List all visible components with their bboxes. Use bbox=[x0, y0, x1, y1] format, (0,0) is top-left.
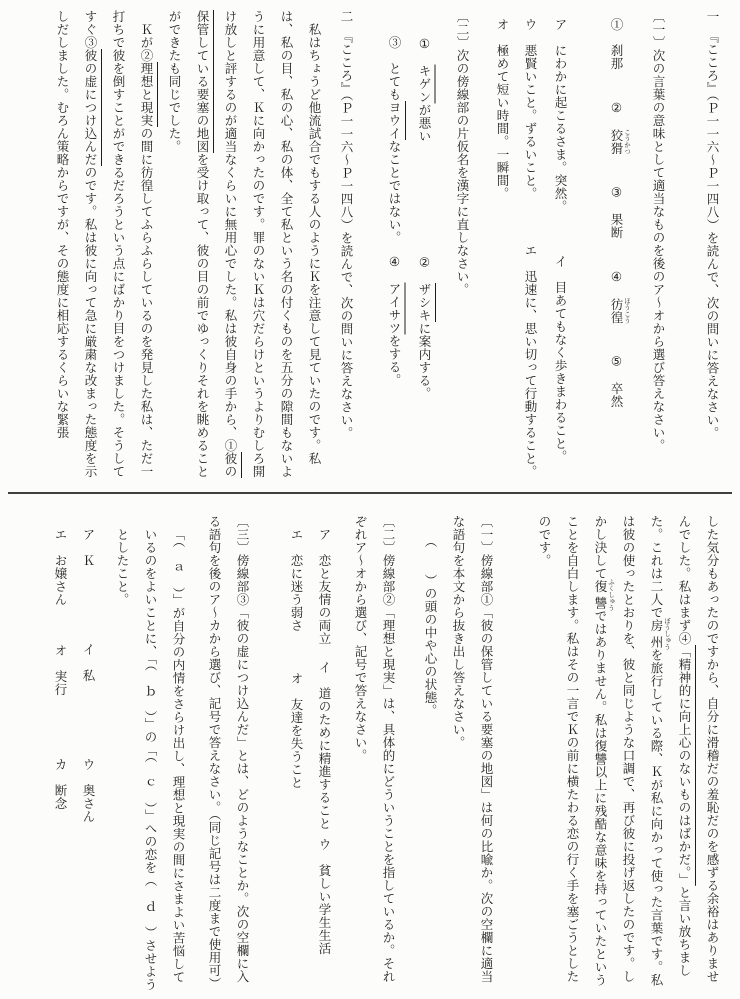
text-segment: 〔三〕傍線部③「彼の虚につけ込んだ」とは、どのようなことか。次の空欄に入る語句を… bbox=[207, 515, 249, 990]
ruby-text: 彷徨ほうこう bbox=[609, 298, 623, 324]
text-segment: 〔二〕次の傍線部の片仮名を漢字に直しなさい。 bbox=[455, 10, 469, 296]
underlined-text: 彼の虚につけ込んだ bbox=[83, 49, 97, 166]
text-segment: エ 恋に迷う弱さ bbox=[289, 528, 303, 632]
text-segment: ④ bbox=[387, 254, 401, 283]
underlined-text: 「精神的に向上心のないものはばかだ。」 bbox=[677, 645, 691, 886]
ruby-annotation: ほうこう bbox=[623, 298, 630, 324]
q1-word-list: ① 刹那② 狡猾こうかつ③ 果断④ 彷徨ほうこう⑤ 卒然 bbox=[602, 10, 630, 480]
text-segment: ③ 果断 bbox=[609, 185, 623, 240]
q3-prompt: 〔一〕傍線部①「彼の保管している要塞の地図」は何の比喩か。次の空欄に適当な語句を… bbox=[444, 515, 500, 993]
underlined-text: 理想と現実 bbox=[139, 62, 153, 127]
passage-paragraph-1: 私はちょうど他流試合でもする人のようにＫを注意して見ていたのです。私は、私の目、… bbox=[160, 10, 328, 480]
underlined-text: ザシキ bbox=[417, 283, 431, 322]
ruby-text: 房州ぼうしゅう bbox=[649, 619, 663, 648]
q4-choices-e-o: エ 恋に迷う弱さオ 友達を失うこと bbox=[282, 515, 310, 993]
text-segment: オ 実行 bbox=[53, 644, 67, 696]
text-segment: ウ 貧しい学生生活 bbox=[317, 838, 331, 955]
ruby-text: 狡猾こうかつ bbox=[609, 129, 623, 155]
q1-prompt: 〔一〕次の言葉の意味として適当なものを後のア〜オから選び答えなさい。 bbox=[644, 10, 672, 480]
q5-choices-a-i-u: ア Ｋイ 私ウ 奥さん bbox=[74, 515, 102, 993]
top-half-columns: 一 『こころ』（Ｐ一一六〜Ｐ一四八）を読んで、次の問いに答えなさい。〔一〕次の言… bbox=[8, 10, 726, 480]
text-segment: 一 『こころ』（Ｐ一一六〜Ｐ一四八）を読んで、次の問いに答えなさい。 bbox=[705, 10, 719, 440]
q5-prompt: 〔三〕傍線部③「彼の虚につけ込んだ」とは、どのようなことか。次の空欄に入る語句を… bbox=[200, 515, 256, 993]
text-segment: ② bbox=[417, 255, 431, 284]
text-segment: をする。 bbox=[387, 335, 401, 387]
text-segment: イ 道のために精進すること bbox=[317, 661, 331, 830]
text-segment: に案内する。 bbox=[417, 322, 431, 400]
text-segment: ⑤ 卒然 bbox=[609, 354, 623, 409]
text-segment: なことではない。 bbox=[387, 140, 401, 244]
text-segment: 〔二〕傍線部②「理想と現実」は、具体的にどういうことを指しているか。それぞれア〜… bbox=[353, 515, 395, 983]
text-segment: Ｋが② bbox=[139, 10, 153, 62]
underlined-text: アイサツ bbox=[387, 283, 401, 335]
q1-choices-a-i: ア にわかに起こるさま。突然。イ 目あてもなく歩きまわること。 bbox=[546, 10, 574, 480]
q2-prompt: 〔二〕次の傍線部の片仮名を漢字に直しなさい。 bbox=[448, 10, 476, 480]
q3-answer-frame: （ ）の頭の中や心の状態。 bbox=[416, 515, 444, 993]
text-segment: ア Ｋ bbox=[81, 528, 95, 567]
text-segment: オ 極めて短い時間。一瞬間。 bbox=[495, 18, 509, 200]
bottom-half-columns: した気分もあったのですから、自分に滑稽だの羞恥だのを感ずる余裕はありませんでした… bbox=[6, 515, 726, 993]
text-segment: 「（ ａ ）」が自分の内情をさらけ出し、理想と現実の間にさまよい苦悩しているのを… bbox=[115, 528, 185, 991]
section2-heading: 二 『こころ』（Ｐ一一六〜Ｐ一四八）を読んで、次の問いに答えなさい。 bbox=[332, 10, 360, 480]
text-segment: エ 迅速に、思い切って行動すること。 bbox=[523, 244, 537, 478]
underlined-text: ヨウイ bbox=[387, 101, 401, 140]
underlined-text: キゲン bbox=[417, 65, 431, 104]
text-segment: イ 私 bbox=[81, 643, 95, 682]
q2-items-1-2: ① キゲンが悪い② ザシキに案内する。 bbox=[410, 10, 438, 480]
ruby-annotation: こうかつ bbox=[623, 129, 630, 155]
text-segment: ウ 悪賢いこと。ずるいこと。 bbox=[523, 18, 537, 200]
text-segment: 〔一〕次の言葉の意味として適当なものを後のア〜オから選び答えなさい。 bbox=[651, 10, 665, 452]
text-segment: 〔一〕傍線部①「彼の保管している要塞の地図」は何の比喩か。次の空欄に適当な語句を… bbox=[451, 515, 493, 983]
text-segment: オ 友達を失うこと bbox=[289, 672, 303, 789]
text-segment: ① bbox=[417, 36, 431, 65]
q1-choices-o: オ 極めて短い時間。一瞬間。 bbox=[488, 10, 516, 480]
ruby-annotation: ぼうしゅう bbox=[663, 617, 670, 650]
text-segment: ウ 奥さん bbox=[81, 758, 95, 823]
ruby-text: 復讐ふくしゅう bbox=[593, 580, 607, 609]
text-segment: （ ）の頭の中や心の状態。 bbox=[423, 535, 437, 717]
text-segment: ア 恋と友情の両立 bbox=[317, 528, 331, 645]
text-segment: ② bbox=[609, 100, 623, 129]
text-segment: が悪い bbox=[417, 104, 431, 143]
text-segment: エ お嬢さん bbox=[53, 528, 67, 606]
worksheet-page: 一 『こころ』（Ｐ一一六〜Ｐ一四八）を読んで、次の問いに答えなさい。〔一〕次の言… bbox=[0, 0, 740, 999]
q1-choices-u-e: ウ 悪賢いこと。ずるいこと。エ 迅速に、思い切って行動すること。 bbox=[516, 10, 544, 480]
passage-paragraph-2: Ｋが②理想と現実の間に彷徨してふらふらしているのを発見した私は、ただ一打ちで彼を… bbox=[48, 10, 160, 480]
text-segment: イ 目あてもなく歩きまわること。 bbox=[553, 255, 567, 463]
q5-blank-sentence: 「（ ａ ）」が自分の内情をさらけ出し、理想と現実の間にさまよい苦悩しているのを… bbox=[108, 515, 192, 993]
text-segment: ③ とても bbox=[387, 36, 401, 101]
text-segment: ④ bbox=[609, 269, 623, 298]
text-segment: カ 断念 bbox=[53, 758, 67, 810]
ruby-annotation: ふくしゅう bbox=[607, 578, 614, 611]
passage-paragraph-2-continued: した気分もあったのですから、自分に滑稽だの羞恥だのを感ずる余裕はありませんでした… bbox=[530, 515, 726, 993]
text-segment: 私はちょうど他流試合でもする人のようにＫを注意して見ていたのです。私は、私の目、… bbox=[223, 10, 321, 478]
q4-prompt: 〔二〕傍線部②「理想と現実」は、具体的にどういうことを指しているか。それぞれア〜… bbox=[346, 515, 402, 993]
q2-items-3-4: ③ とてもヨウイなことではない。④ アイサツをする。 bbox=[380, 10, 408, 480]
section-divider-rule bbox=[8, 492, 732, 494]
q4-choices-a-i-u: ア 恋と友情の両立イ 道のために精進することウ 貧しい学生生活 bbox=[310, 515, 338, 993]
section1-heading: 一 『こころ』（Ｐ一一六〜Ｐ一四八）を読んで、次の問いに答えなさい。 bbox=[698, 10, 726, 480]
text-segment: 二 『こころ』（Ｐ一一六〜Ｐ一四八）を読んで、次の問いに答えなさい。 bbox=[339, 10, 353, 440]
q5-choices-e-o-ka: エ お嬢さんオ 実行カ 断念 bbox=[46, 515, 74, 993]
text-segment: ① 刹那 bbox=[609, 18, 623, 70]
text-segment: ア にわかに起こるさま。突然。 bbox=[553, 18, 567, 213]
